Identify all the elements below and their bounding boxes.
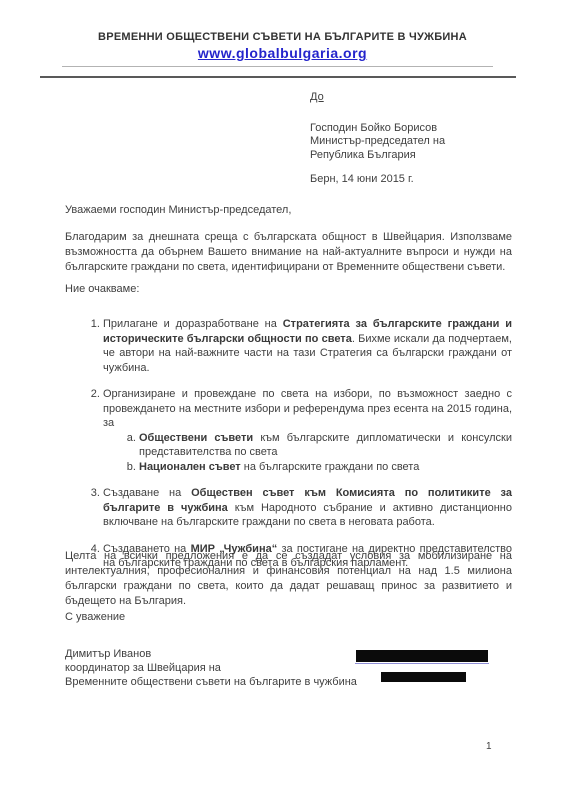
- dateline: Берн, 14 юни 2015 г.: [310, 173, 445, 187]
- closing-paragraph: Целта на всички предложения е да се създ…: [65, 549, 512, 609]
- recipient-name: Господин Бойко Борисов: [310, 122, 445, 136]
- list-item-2b: Национален съвет на българските граждани…: [139, 460, 512, 475]
- page-number: 1: [486, 741, 492, 752]
- recipient-block: До Господин Бойко Борисов Министър-предс…: [310, 91, 445, 187]
- sender-name: Димитър Иванов: [65, 648, 357, 662]
- recipient-country: Република България: [310, 149, 445, 163]
- redacted-email-bar: [356, 650, 488, 662]
- requests-list: Прилагане и доразработване на Стратегият…: [65, 317, 512, 583]
- list-item-3: Създаване на Обществен съвет към Комисия…: [103, 486, 512, 530]
- list-item-2a: Обществени съвети към българските диплом…: [139, 431, 512, 460]
- sender-role-line1: координатор за Швейцария на: [65, 662, 357, 676]
- sender-role-line2: Временните обществени съвети на българит…: [65, 676, 357, 690]
- list-item-2-text: Организиране и провеждане по света на из…: [103, 388, 512, 429]
- header-divider-thin: [62, 66, 493, 67]
- redacted-email-link-underline: [355, 663, 489, 664]
- list-item-2: Организиране и провеждане по света на из…: [103, 387, 512, 474]
- intro-paragraph: Благодарим за днешната среща с българска…: [65, 230, 512, 275]
- organization-title: ВРЕМЕННИ ОБЩЕСТВЕНИ СЪВЕТИ НА БЪЛГАРИТЕ …: [0, 31, 565, 43]
- salutation: Уважаеми господин Министър-председател,: [65, 204, 291, 216]
- signoff: С уважение: [65, 611, 125, 623]
- recipient-role: Министър-председател на: [310, 135, 445, 149]
- letter-page: ВРЕМЕННИ ОБЩЕСТВЕНИ СЪВЕТИ НА БЪЛГАРИТЕ …: [0, 0, 565, 800]
- expectations-label: Ние очакваме:: [65, 283, 139, 295]
- header-divider-thick: [40, 76, 516, 78]
- signature-block: Димитър Иванов координатор за Швейцария …: [65, 648, 357, 689]
- list-item-1: Прилагане и доразработване на Стратегият…: [103, 317, 512, 375]
- to-label: До: [310, 91, 445, 105]
- redacted-phone-bar: [381, 672, 466, 682]
- organization-url-link[interactable]: www.globalbulgaria.org: [0, 45, 565, 61]
